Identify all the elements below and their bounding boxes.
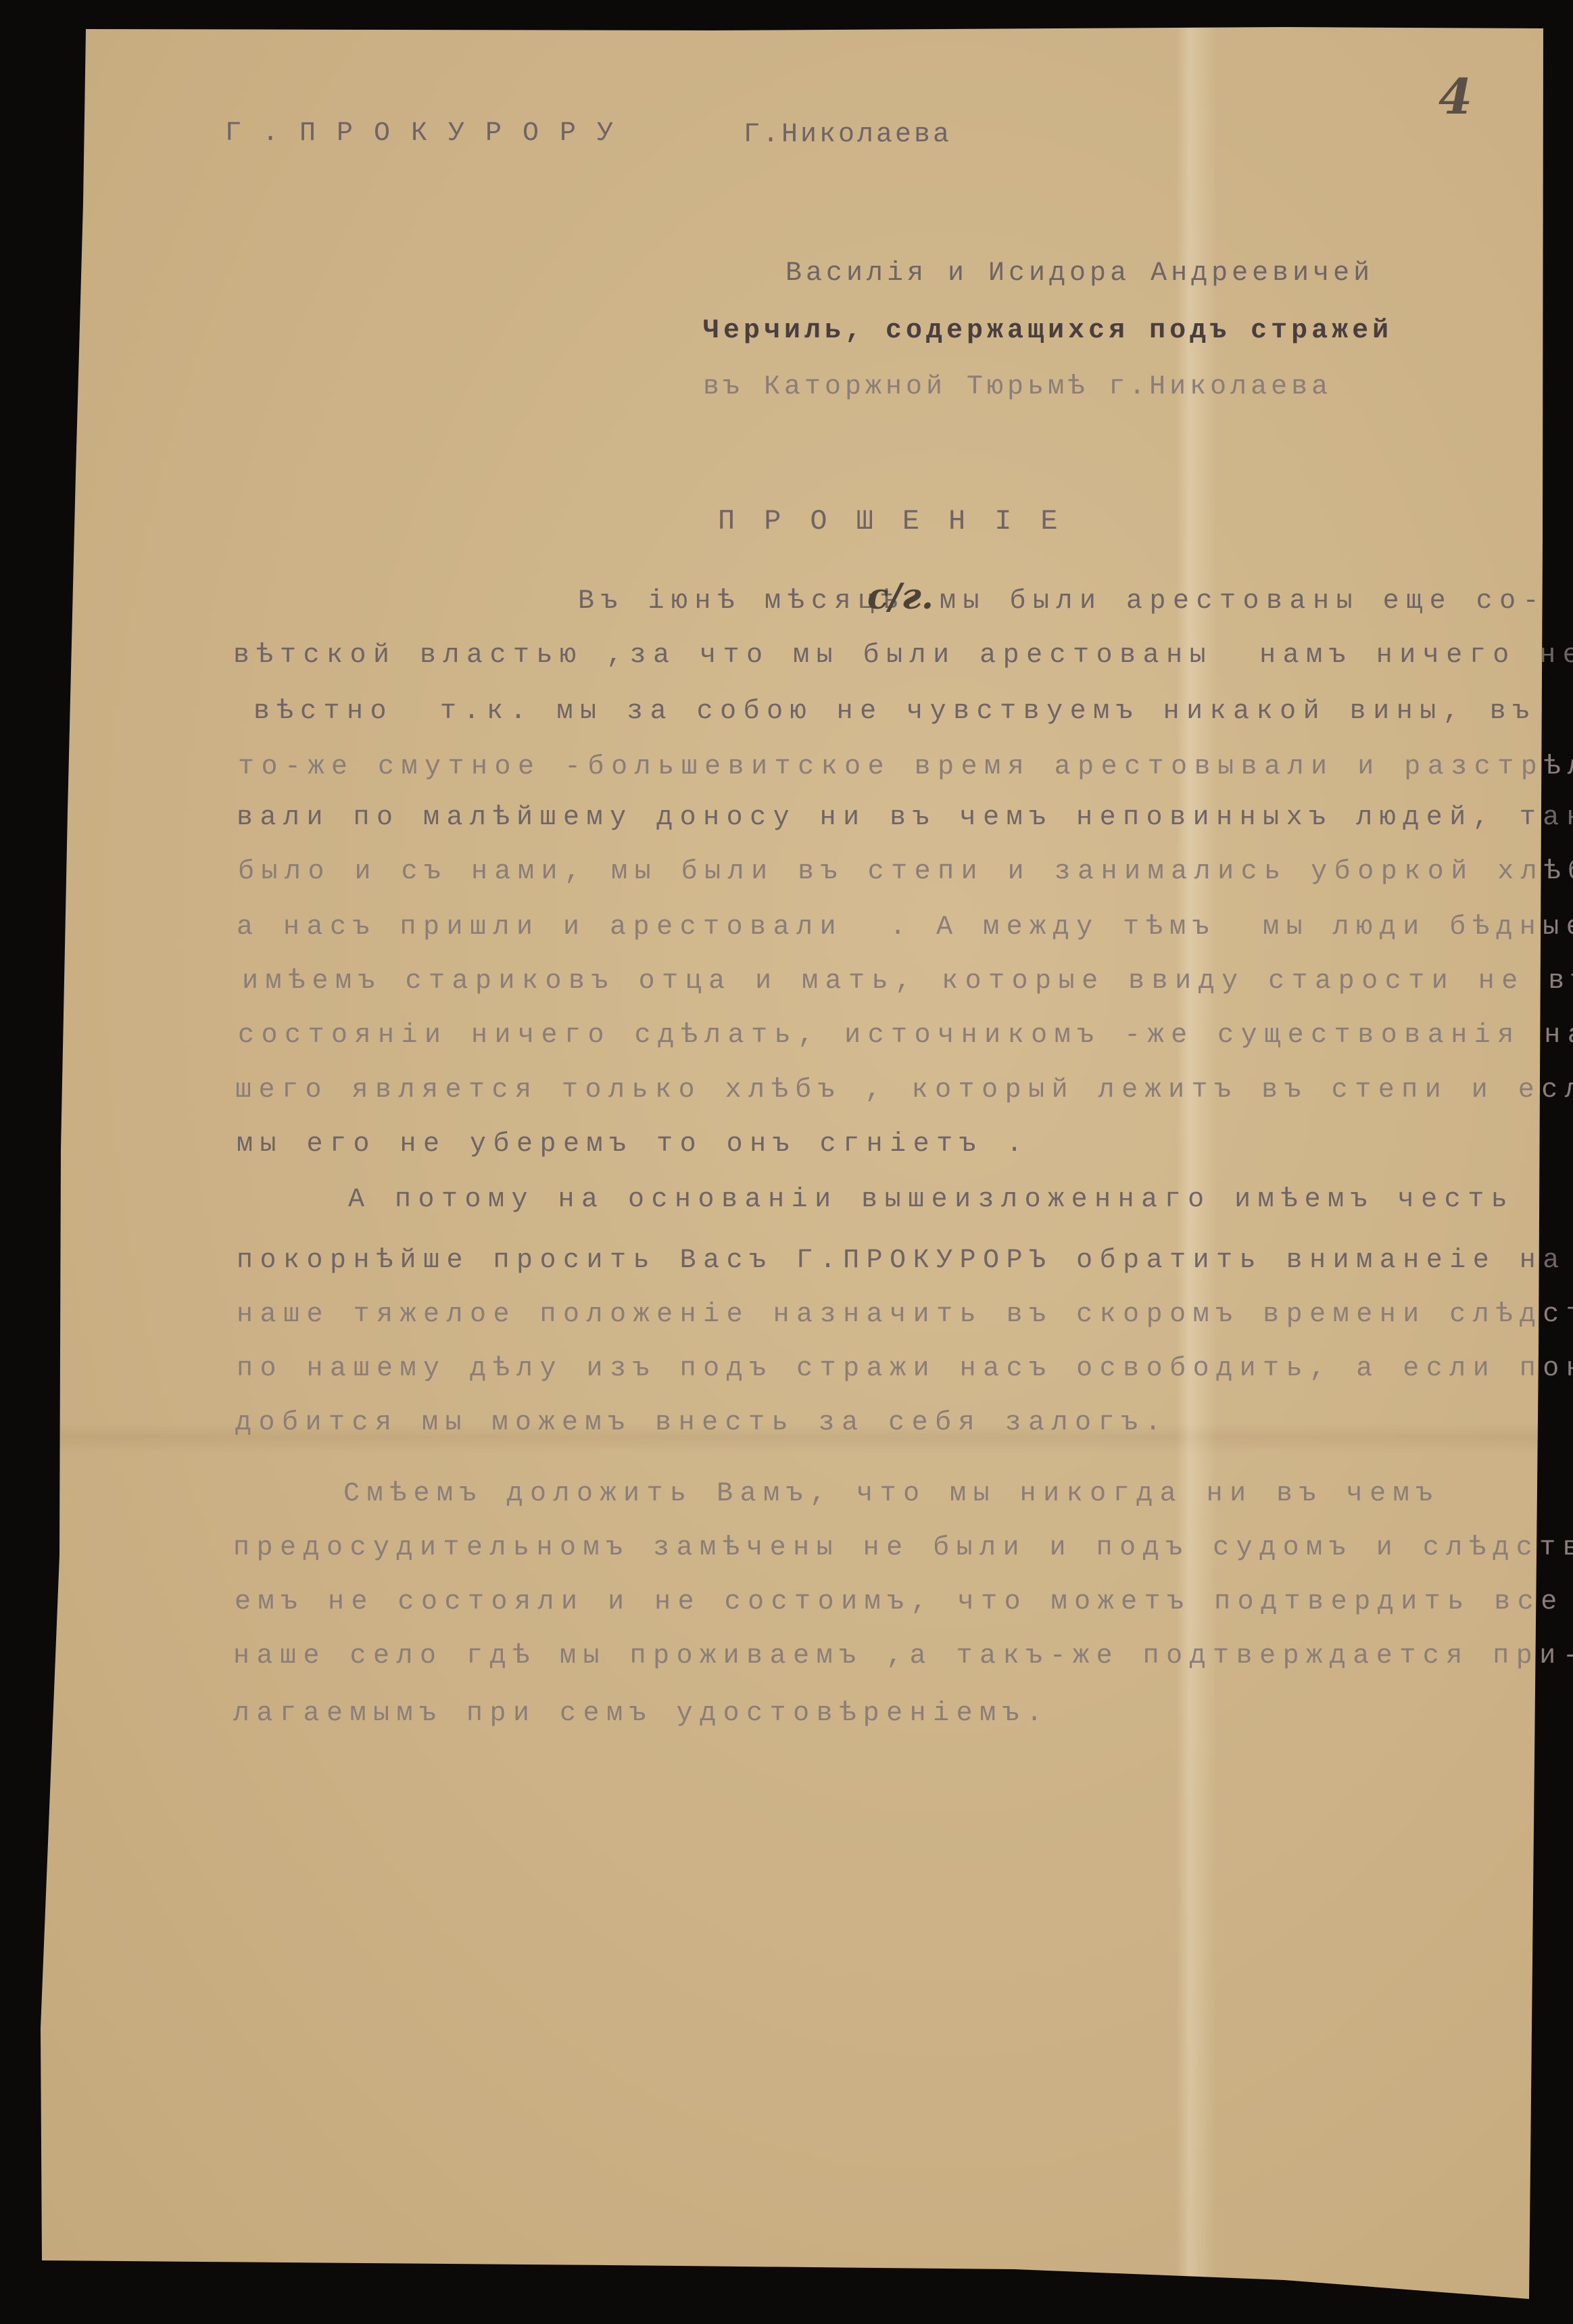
body-line: вали по малѣйшему доносу ни въ чемъ непо… [237, 805, 1573, 832]
addressee-title: Г.ПРОКУРОРУ [225, 120, 634, 147]
sender-line-2: Черчиль, содержащихся подъ стражей [703, 318, 1393, 345]
body-line: А потому на основаніи вышеизложеннаго им… [348, 1187, 1514, 1214]
body-line: лагаемымъ при семъ удостовѣреніемъ. [233, 1701, 1050, 1728]
body-line: Смѣемъ доложить Вамъ, что мы никогда ни … [343, 1481, 1440, 1508]
handwritten-page-number: 4 [1438, 68, 1472, 125]
body-line: наше тяжелое положеніе назначить въ скор… [237, 1302, 1573, 1329]
sender-line-1: Василія и Исидора Андреевичей [785, 260, 1374, 287]
body-line: шего является только хлѣбъ , который леж… [235, 1077, 1573, 1104]
body-line: Въ іюнѣ мѣсяцѣ [578, 588, 904, 615]
addressee-city: Г.Николаева [744, 122, 952, 149]
body-line: предосудительномъ замѣчены не были и под… [233, 1535, 1573, 1562]
body-line: покорнѣйше просить Васъ Г.ПРОКУРОРЪ обра… [237, 1248, 1566, 1275]
handwritten-note: с/г. [867, 576, 934, 617]
body-line: было и съ нами, мы были въ степи и заним… [238, 859, 1573, 886]
body-line: состояніи ничего сдѣлать, источникомъ -ж… [238, 1022, 1573, 1049]
body-line: добится мы можемъ внесть за себя залогъ. [235, 1410, 1168, 1437]
body-line: имѣемъ стариковъ отца и мать, которые вв… [242, 968, 1573, 995]
paper-sheet [0, 0, 1573, 2324]
sender-line-3: въ Каторжной Тюрьмѣ г.Николаева [703, 374, 1332, 401]
body-line: то-же смутное -большевитское время арест… [238, 754, 1573, 781]
body-line: вѣтской властью ,за что мы были арестова… [233, 642, 1573, 669]
body-line: емъ не состояли и не состоимъ, что может… [235, 1589, 1564, 1616]
body-line: наше село гдѣ мы проживаемъ ,а такъ-же п… [233, 1643, 1573, 1670]
body-line: мы его не уберемъ то онъ сгніетъ . [237, 1131, 1030, 1158]
body-line: вѣстно т.к. мы за собою не чувствуемъ ни… [253, 698, 1536, 726]
body-line: мы были арестованы еще со- [940, 588, 1546, 615]
body-line: а насъ пришли и арестовали . А между тѣм… [237, 914, 1573, 941]
document-title: ПРОШЕНІЕ [718, 507, 1087, 536]
body-line: по нашему дѣлу изъ подъ стражи насъ осво… [237, 1356, 1573, 1383]
